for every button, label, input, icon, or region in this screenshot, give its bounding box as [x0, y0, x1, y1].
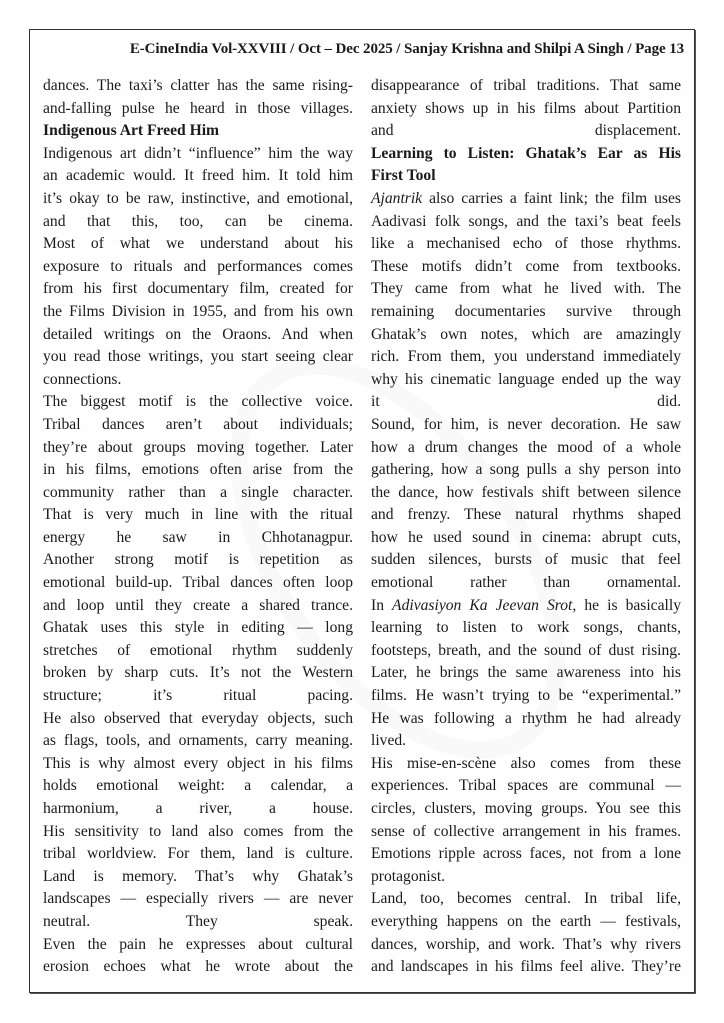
body-text-line: and frenzy. These natural rhythms shaped	[371, 504, 681, 527]
body-text-line: Ajantrik also carries a faint link; the …	[371, 188, 681, 211]
body-text-line: Indigenous art didn’t “influence” him th…	[43, 143, 353, 166]
body-text-line: community rather than a single character…	[43, 482, 353, 505]
right-column: disappearance of tribal traditions. That…	[371, 75, 681, 979]
left-column: dances. The taxi’s clatter has the same …	[43, 75, 353, 979]
body-text-line: He also observed that everyday objects, …	[43, 708, 353, 731]
body-text-line: you read those writings, you start seein…	[43, 346, 353, 369]
body-text-line: exposure to rituals and performances com…	[43, 256, 353, 279]
body-text-line: how a drum changes the mood of a whole	[371, 437, 681, 460]
body-text-line: gathering, how a song pulls a shy person…	[371, 459, 681, 482]
body-text-line: dances, worship, and work. That’s why ri…	[371, 934, 681, 957]
body-text-line: Later, he brings the same awareness into…	[371, 662, 681, 685]
body-text-line: His mise-en-scène also comes from these	[371, 753, 681, 776]
body-text-line: harmonium, a river, a house.	[43, 798, 353, 821]
body-text-line: it did.	[371, 391, 681, 414]
body-text-line: films. He wasn’t trying to be “experimen…	[371, 685, 681, 708]
body-text-line: and loop until they create a shared tran…	[43, 595, 353, 618]
body-text-line: in his films, emotions often arise from …	[43, 459, 353, 482]
body-text-line: they’re about groups moving together. La…	[43, 437, 353, 460]
body-text-line: detailed writings on the Oraons. And whe…	[43, 324, 353, 347]
body-text-line: remaining documentaries survive through	[371, 301, 681, 324]
body-text-line: experiences. Tribal spaces are communal …	[371, 775, 681, 798]
body-text-line: the Films Division in 1955, and from his…	[43, 301, 353, 324]
body-text-line: This is why almost every object in his f…	[43, 753, 353, 776]
body-text-line: The biggest motif is the collective voic…	[43, 391, 353, 414]
body-text-line: sense of collective arrangement in his f…	[371, 821, 681, 844]
body-text-line: In Adivasiyon Ka Jeevan Srot, he is basi…	[371, 595, 681, 618]
body-text-line: These motifs didn’t come from textbooks.	[371, 256, 681, 279]
section-heading: Indigenous Art Freed Him	[43, 120, 353, 143]
body-text-line: circles, clusters, moving groups. You se…	[371, 798, 681, 821]
body-text-line: Sound, for him, is never decoration. He …	[371, 414, 681, 437]
body-text-line: and-falling pulse he heard in those vill…	[43, 98, 353, 121]
body-text-line: everything happens on the earth — festiv…	[371, 911, 681, 934]
body-text-line: and displacement.	[371, 120, 681, 143]
body-text-line: learning to listen to work songs, chants…	[371, 617, 681, 640]
body-text-line: how he used sound in cinema: abrupt cuts…	[371, 527, 681, 550]
body-text-line: the dance, how festivals shift between s…	[371, 482, 681, 505]
body-text-line: Ghatak’s own notes, which are amazingly	[371, 324, 681, 347]
body-text-line: why his cinematic language ended up the …	[371, 369, 681, 392]
body-text-line: broken by sharp cuts. It’s not the Weste…	[43, 662, 353, 685]
body-text-line: Tribal dances aren’t about individuals;	[43, 414, 353, 437]
body-text-line: an academic would. It freed him. It told…	[43, 165, 353, 188]
body-text-line: That is very much in line with the ritua…	[43, 504, 353, 527]
film-title: Ajantrik	[371, 190, 422, 207]
body-text-line: energy he saw in Chhotanagpur.	[43, 527, 353, 550]
body-text-line: Most of what we understand about his	[43, 233, 353, 256]
body-text-line: footsteps, breath, and the sound of dust…	[371, 640, 681, 663]
body-text-line: sudden silences, bursts of music that fe…	[371, 549, 681, 572]
body-text-line: Even the pain he expresses about cultura…	[43, 934, 353, 957]
body-text-line: neutral. They speak.	[43, 911, 353, 934]
body-text-line: Ghatak uses this style in editing — long	[43, 617, 353, 640]
body-text-line: emotional build-up. Tribal dances often …	[43, 572, 353, 595]
body-text-line: dances. The taxi’s clatter has the same …	[43, 75, 353, 98]
section-heading: First Tool	[371, 165, 681, 188]
body-text-line: connections.	[43, 369, 353, 392]
body-text-line: like a mechanised echo of those rhythms.	[371, 233, 681, 256]
film-title: Adivasiyon Ka Jeevan Srot	[392, 597, 572, 614]
body-text-line: holds emotional weight: a calendar, a	[43, 775, 353, 798]
body-text-line: tribal worldview. For them, land is cult…	[43, 843, 353, 866]
body-text-line: as flags, tools, and ornaments, carry me…	[43, 730, 353, 753]
body-text-line: rich. From them, you understand immediat…	[371, 346, 681, 369]
body-text-line: disappearance of tribal traditions. That…	[371, 75, 681, 98]
body-text-line: from his first documentary film, created…	[43, 278, 353, 301]
body-text-line: He was following a rhythm he had already	[371, 708, 681, 731]
body-text-line: erosion echoes what he wrote about the	[43, 956, 353, 979]
section-heading: Learning to Listen: Ghatak’s Ear as His	[371, 143, 681, 166]
body-text-line: His sensitivity to land also comes from …	[43, 821, 353, 844]
body-text-line: and landscapes in his films feel alive. …	[371, 956, 681, 979]
body-text-line: emotional rather than ornamental.	[371, 572, 681, 595]
running-header: E-CineIndia Vol-XXVIII / Oct – Dec 2025 …	[130, 41, 684, 58]
body-text-line: stretches of emotional rhythm suddenly	[43, 640, 353, 663]
body-text-line: Land is memory. That’s why Ghatak’s	[43, 866, 353, 889]
body-text-line: Emotions ripple across faces, not from a…	[371, 843, 681, 866]
body-text-line: Land, too, becomes central. In tribal li…	[371, 888, 681, 911]
body-text-line: anxiety shows up in his films about Part…	[371, 98, 681, 121]
body-text-line: protagonist.	[371, 866, 681, 889]
body-text-line: Aadivasi folk songs, and the taxi’s beat…	[371, 211, 681, 234]
body-text-line: lived.	[371, 730, 681, 753]
body-text-line: and that this, too, can be cinema.	[43, 211, 353, 234]
body-text-line: structure; it’s ritual pacing.	[43, 685, 353, 708]
body-text-line: it’s okay to be raw, instinctive, and em…	[43, 188, 353, 211]
body-text-line: landscapes — especially rivers — are nev…	[43, 888, 353, 911]
body-text-line: Another strong motif is repetition as	[43, 549, 353, 572]
body-text-line: They came from what he lived with. The	[371, 278, 681, 301]
